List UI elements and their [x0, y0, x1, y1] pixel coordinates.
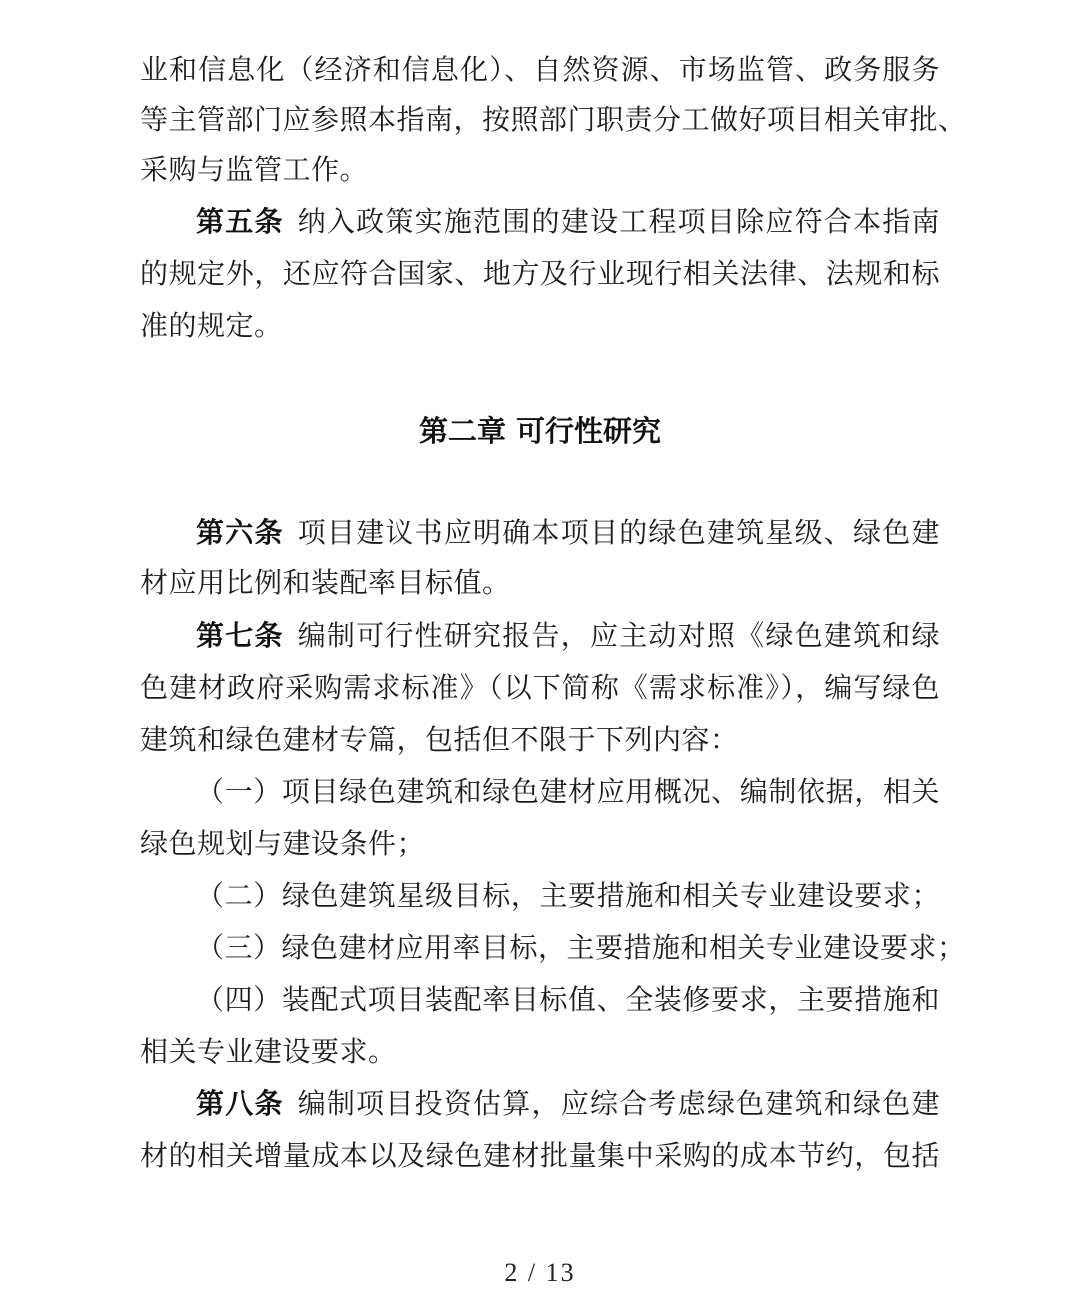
list-item-1-continued: 绿色规划与建设条件；: [140, 818, 940, 870]
paragraph-line: 准的规定。: [140, 300, 940, 352]
article-6-text: 项目建议书应明确本项目的绿色建筑星级、绿色建: [298, 516, 940, 549]
paragraph-line: 色建材政府采购需求标准》（以下简称《需求标准》），编写绿色: [140, 662, 940, 714]
article-6-label: 第六条: [196, 516, 284, 549]
article-7-text: 编制可行性研究报告，应主动对照《绿色建筑和绿: [298, 619, 940, 652]
paragraph-line: 采购与监管工作。: [140, 144, 940, 196]
list-item-2: （二）绿色建筑星级目标，主要措施和相关专业建设要求；: [196, 870, 940, 922]
article-5-text: 纳入政策实施范围的建设工程项目除应符合本指南: [298, 205, 940, 238]
article-7-label: 第七条: [196, 619, 284, 652]
document-page: 业和信息化（经济和信息化）、自然资源、市场监管、政务服务 等主管部门应参照本指南…: [0, 0, 1080, 1293]
paragraph-line: 等主管部门应参照本指南，按照部门职责分工做好项目相关审批、: [140, 94, 940, 146]
paragraph-line: 材应用比例和装配率目标值。: [140, 557, 940, 609]
chapter-heading: 第二章 可行性研究: [0, 405, 1080, 457]
list-item-4: （四）装配式项目装配率目标值、全装修要求，主要措施和: [196, 974, 940, 1026]
list-item-3: （三）绿色建材应用率目标，主要措施和相关专业建设要求；: [196, 922, 940, 974]
article-8-text: 编制项目投资估算，应综合考虑绿色建筑和绿色建: [298, 1087, 940, 1120]
list-item-4-continued: 相关专业建设要求。: [140, 1026, 940, 1078]
paragraph-line: 的规定外，还应符合国家、地方及行业现行相关法律、法规和标: [140, 248, 940, 300]
article-8-label: 第八条: [196, 1087, 284, 1120]
article-8-first-line: 第八条编制项目投资估算，应综合考虑绿色建筑和绿色建: [196, 1078, 940, 1130]
page-number: 2 / 13: [0, 1258, 1080, 1288]
list-item-1: （一）项目绿色建筑和绿色建材应用概况、编制依据，相关: [196, 766, 940, 818]
paragraph-line: 业和信息化（经济和信息化）、自然资源、市场监管、政务服务: [140, 44, 940, 96]
article-7-first-line: 第七条编制可行性研究报告，应主动对照《绿色建筑和绿: [196, 610, 940, 662]
article-5-label: 第五条: [196, 205, 284, 238]
article-5-first-line: 第五条纳入政策实施范围的建设工程项目除应符合本指南: [196, 196, 940, 248]
paragraph-line: 建筑和绿色建材专篇，包括但不限于下列内容：: [140, 714, 940, 766]
paragraph-line: 材的相关增量成本以及绿色建材批量集中采购的成本节约，包括: [140, 1130, 940, 1182]
article-6-first-line: 第六条项目建议书应明确本项目的绿色建筑星级、绿色建: [196, 507, 940, 559]
